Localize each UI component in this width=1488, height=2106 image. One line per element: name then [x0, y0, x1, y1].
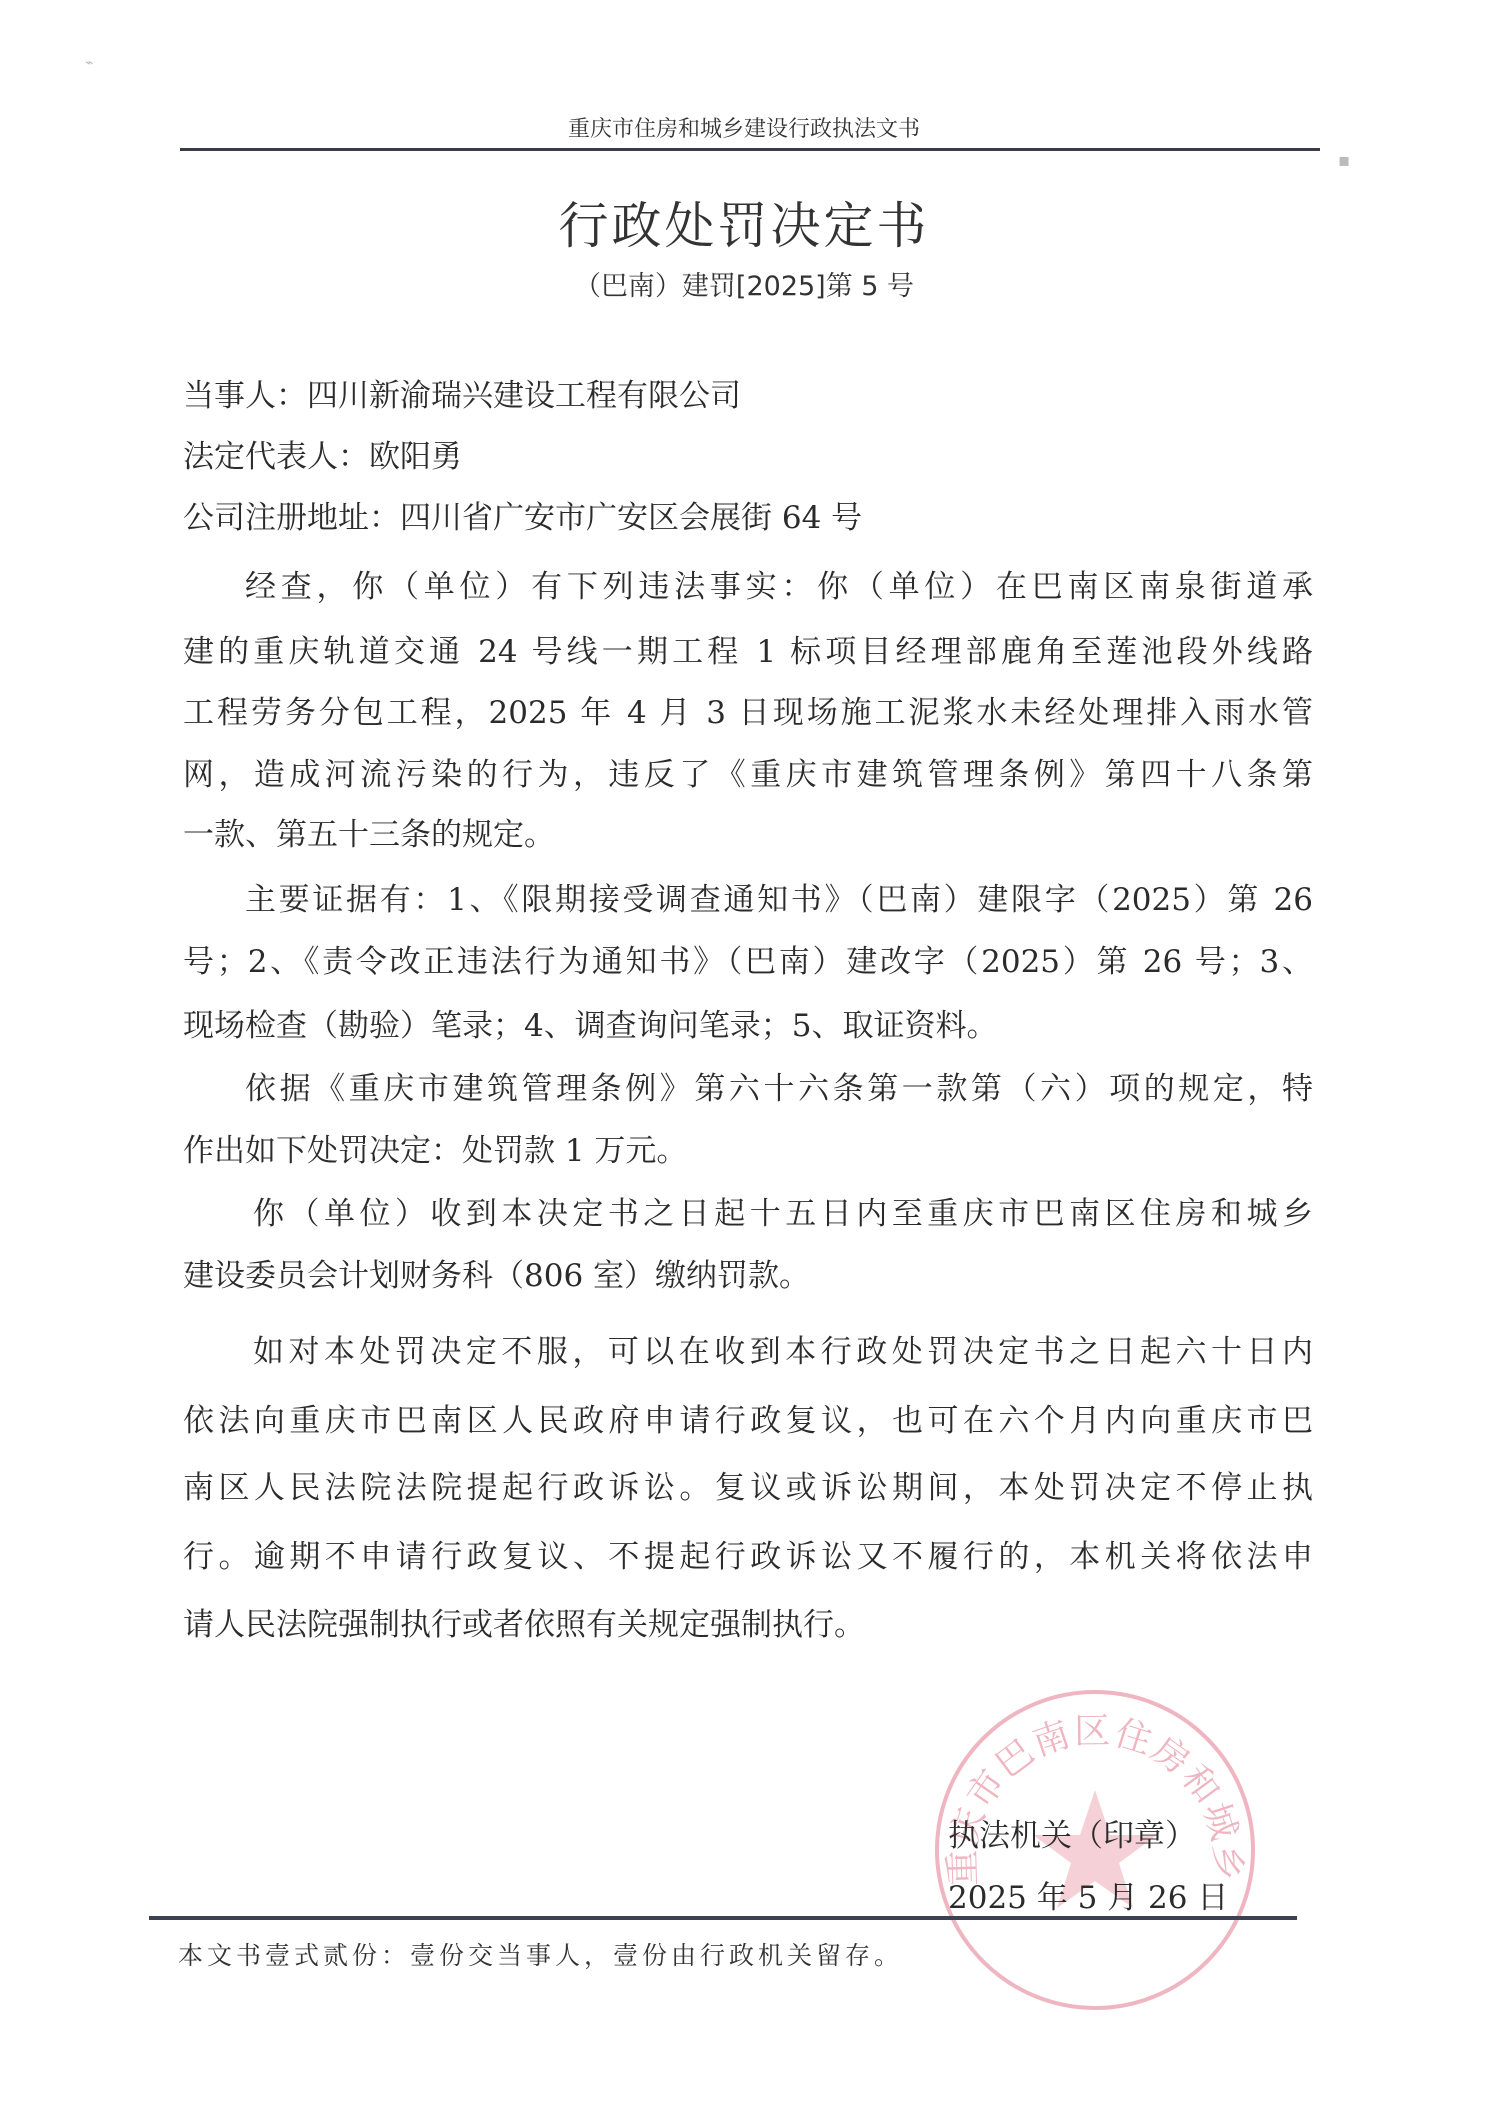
- document-number: （巴南）建罚[2025]第 5 号: [0, 264, 1488, 303]
- facts-line: 建的重庆轨道交通 24 号线一期工程 1 标项目经理部鹿角至莲池段外线路: [183, 632, 1313, 672]
- legal-rep-label: 法定代表人：: [183, 439, 369, 475]
- header-divider: [180, 148, 1320, 151]
- facts-line: 经查，你（单位）有下列违法事实：你（单位）在巴南区南泉街道承: [183, 567, 1313, 607]
- address-line: 公司注册地址：四川省广安市广安区会展街 64 号: [183, 498, 1313, 538]
- agency-header: 重庆市住房和城乡建设行政执法文书: [0, 112, 1488, 143]
- decision-line: 依据《重庆市建筑管理条例》第六十六条第一款第（六）项的规定，特: [183, 1069, 1313, 1109]
- party-name: 四川新渝瑞兴建设工程有限公司: [307, 378, 741, 414]
- scan-mark: ⌁: [85, 55, 93, 71]
- issue-date: 2025 年 5 月 26 日: [948, 1878, 1228, 1918]
- scan-mark: ▪: [1338, 150, 1350, 171]
- evidence-line: 号；2、《责令改正违法行为通知书》（巴南）建改字（2025）第 26 号；3、: [183, 942, 1313, 982]
- evidence-line: 主要证据有：1、《限期接受调查通知书》（巴南）建限字（2025）第 26: [183, 880, 1313, 920]
- copies-note: 本文书壹式贰份：壹份交当事人，壹份由行政机关留存。: [178, 1936, 903, 1972]
- legal-rep-line: 法定代表人：欧阳勇: [183, 437, 1313, 477]
- payment-line: 你（单位）收到本决定书之日起十五日内至重庆市巴南区住房和城乡: [183, 1194, 1313, 1234]
- address-value: 四川省广安市广安区会展街 64 号: [400, 500, 862, 536]
- legal-rep-name: 欧阳勇: [369, 439, 462, 475]
- facts-line: 工程劳务分包工程，2025 年 4 月 3 日现场施工泥浆水未经处理排入雨水管: [183, 693, 1313, 733]
- payment-line: 建设委员会计划财务科（806 室）缴纳罚款。: [183, 1256, 1313, 1296]
- document-title: 行政处罚决定书: [0, 186, 1488, 258]
- appeal-line: 依法向重庆市巴南区人民政府申请行政复议，也可在六个月内向重庆市巴: [183, 1401, 1313, 1441]
- authority-seal-label: 执法机关（印章）: [948, 1816, 1196, 1856]
- facts-line: 网，造成河流污染的行为，违反了《重庆市建筑管理条例》第四十八条第: [183, 755, 1313, 795]
- party-line: 当事人：四川新渝瑞兴建设工程有限公司: [183, 376, 1313, 416]
- evidence-line: 现场检查（勘验）笔录；4、调查询问笔录；5、取证资料。: [183, 1006, 1313, 1046]
- address-label: 公司注册地址：: [183, 500, 400, 536]
- facts-line: 一款、第五十三条的规定。: [183, 815, 1313, 855]
- decision-line: 作出如下处罚决定：处罚款 1 万元。: [183, 1131, 1313, 1171]
- footer-divider: [149, 1916, 1297, 1920]
- appeal-line: 请人民法院强制执行或者依照有关规定强制执行。: [183, 1605, 1313, 1645]
- party-label: 当事人：: [183, 378, 307, 414]
- appeal-line: 南区人民法院法院提起行政诉讼。复议或诉讼期间，本处罚决定不停止执: [183, 1468, 1313, 1508]
- appeal-line: 如对本处罚决定不服，可以在收到本行政处罚决定书之日起六十日内: [183, 1332, 1313, 1372]
- appeal-line: 行。逾期不申请行政复议、不提起行政诉讼又不履行的，本机关将依法申: [183, 1537, 1313, 1577]
